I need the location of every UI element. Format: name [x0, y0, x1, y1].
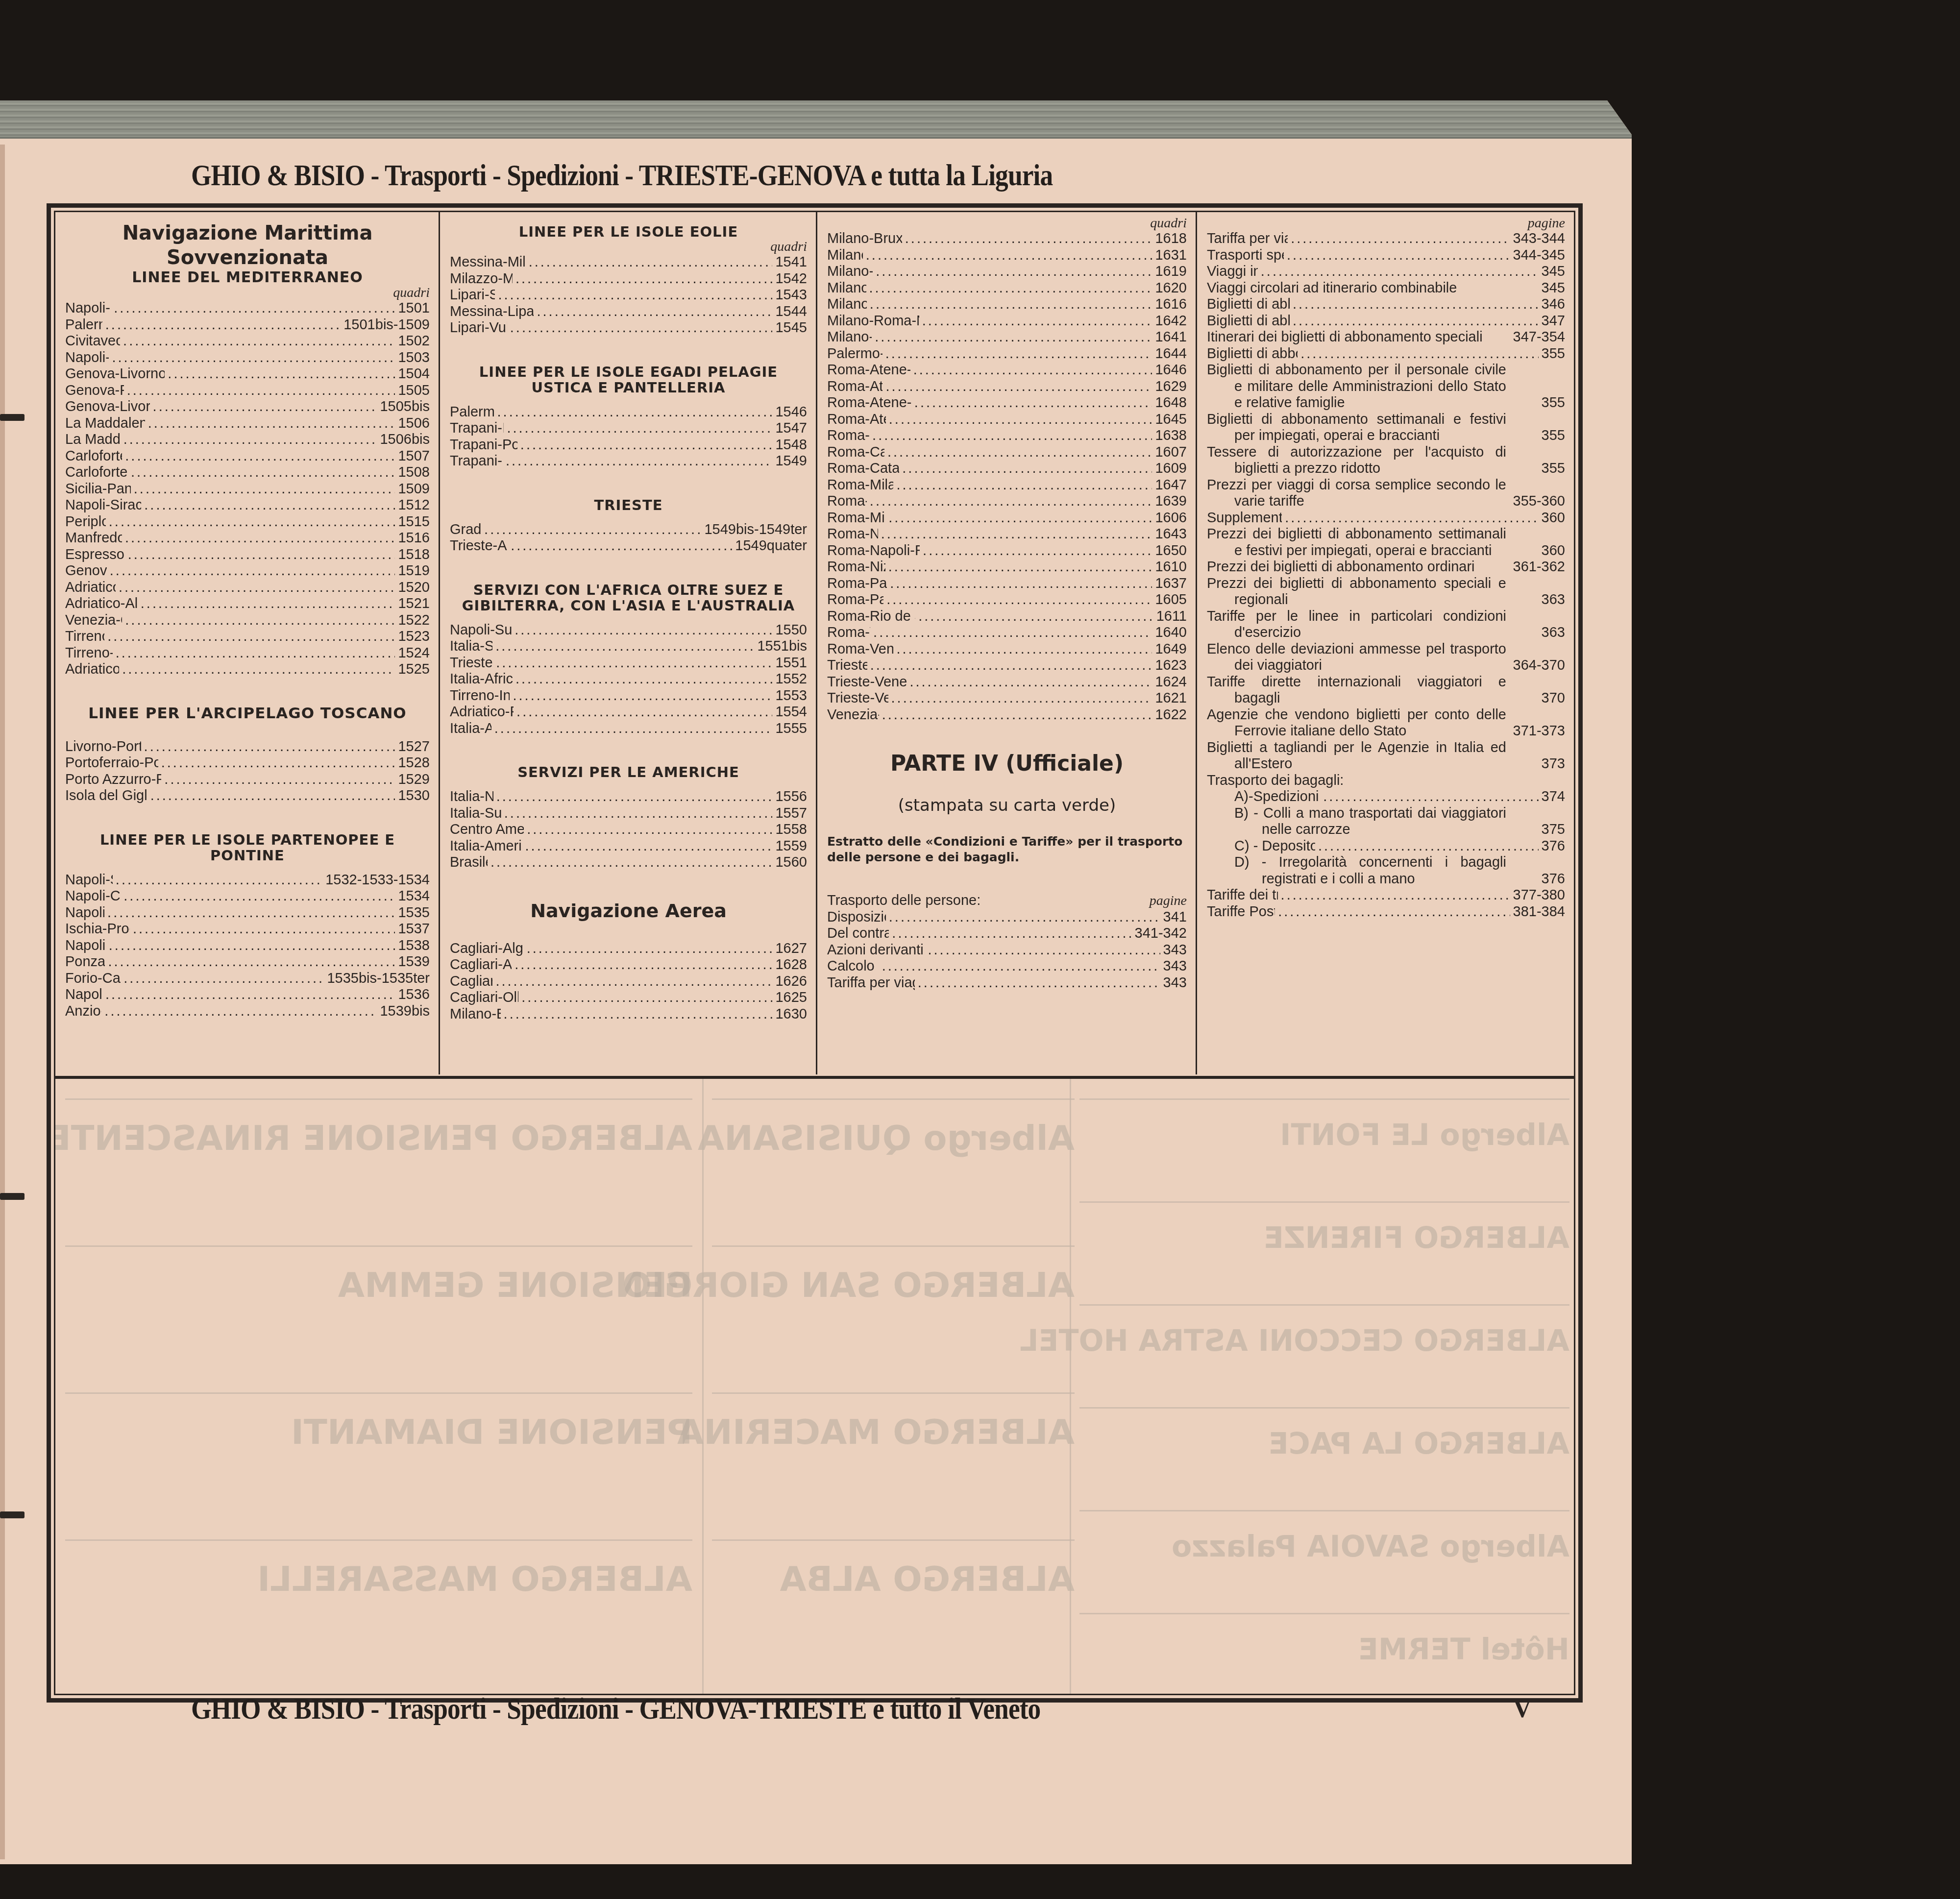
entry-label: Isola del Giglio-Porto S. Stefano	[65, 788, 147, 804]
toc-entry: Itinerari dei biglietti di abbonamento s…	[1207, 329, 1565, 346]
entry-reference: 376	[1542, 871, 1565, 888]
entry-reference: 1551	[775, 655, 807, 672]
entry-reference: 1549	[775, 453, 807, 470]
dot-leader	[928, 942, 1160, 959]
entry-list: Livorno-Portoferraio-Pianosa1527Portofer…	[65, 739, 430, 804]
entry-label: La Maddalena-Palau-Bonifacio	[65, 415, 145, 432]
dot-leader	[870, 657, 1152, 674]
dot-leader	[108, 954, 395, 971]
toc-entry: Prezzi dei biglietti di abbonamento spec…	[1207, 576, 1565, 609]
toc-entry: Carloforte-Portovesme1508	[65, 464, 430, 481]
toc-entry: Adriatico-Istanbul1520	[65, 580, 430, 596]
dot-leader	[161, 755, 395, 772]
dot-leader	[494, 721, 773, 737]
toc-entry: Napoli-Suez-Chisimaio1550	[450, 622, 807, 639]
toc-entry: Palermo-Ustica1546	[450, 404, 807, 421]
section-heading: LINEE PER LE ISOLE EOLIE	[450, 224, 807, 240]
entry-list: A)-Spedizioni trasportate in bagagliaio3…	[1207, 789, 1565, 887]
entry-reference: 1549bis-1549ter	[704, 522, 807, 538]
dot-leader	[891, 690, 1152, 707]
entry-label: Venezia-Budapest	[827, 707, 879, 724]
entry-label: Brasile-Plata	[450, 854, 488, 871]
dot-leader	[1285, 510, 1538, 527]
entry-label: Tariffe dirette internazionali viaggiato…	[1207, 674, 1506, 706]
entry-label: Supplemento per treni rapidi	[1207, 510, 1282, 527]
toc-entry: Civitavecchia-Olbia1502	[65, 333, 430, 350]
entry-reference: 341	[1163, 909, 1187, 926]
entry-reference: 1622	[1155, 707, 1187, 724]
entry-label: Cagliari-Napoli	[450, 974, 492, 990]
entry-reference: 374	[1542, 789, 1565, 805]
entry-label: Tariffa per viaggi di corsa semplice	[827, 975, 915, 992]
entry-reference: 1556	[775, 789, 807, 805]
toc-entry: Tariffe dirette internazionali viaggiato…	[1207, 674, 1565, 707]
toc-entry: Ponza-Gaeta1539	[65, 954, 430, 971]
dot-leader	[498, 287, 772, 304]
page-number: V	[1513, 1695, 1532, 1724]
entry-label: Trapani-Porto Empedocle	[450, 437, 517, 454]
section-heading: LINEE PER LE ISOLE EGADI PELAGIE USTICA …	[450, 364, 807, 395]
toc-entry: Portoferraio-Portovecchio di Piombino152…	[65, 755, 430, 772]
entry-reference: 1646	[1155, 362, 1187, 379]
entry-label: Tirreno-Danubio	[65, 645, 113, 662]
part-subtitle: (stampata su carta verde)	[827, 795, 1187, 816]
entry-reference: 1629	[1155, 379, 1187, 395]
entry-reference: 1616	[1155, 296, 1187, 313]
entry-label: Roma-Atene-Istanbul	[827, 412, 886, 428]
entry-reference: 1516	[398, 530, 430, 547]
dot-leader	[914, 395, 1152, 412]
entry-reference: 1530	[398, 788, 430, 804]
ghost-column-rule	[1070, 1079, 1071, 1694]
entry-reference: 1519	[398, 563, 430, 580]
dot-leader	[110, 563, 395, 580]
entry-label: Milano-Roma	[827, 296, 867, 313]
entry-list: Italia-New York1556Italia-Sud America155…	[450, 789, 807, 871]
entry-label: Roma-Catania-Malta-Tripoli	[827, 461, 899, 477]
entry-label: Milano-Parigi	[827, 280, 866, 297]
toc-entry: Napoli-Ponza1538	[65, 938, 430, 954]
entry-label: Cagliari-Alghero-Roma	[450, 957, 512, 974]
entry-label: Palermo-Ustica	[450, 404, 494, 421]
toc-entry: Trieste-Venezia-Padova-Milano1624	[827, 674, 1187, 691]
entry-label: Viaggi circolari ad itinerario combinabi…	[1207, 280, 1457, 296]
entry-label: Napoli-Suez-Chisimaio	[450, 622, 512, 639]
dot-leader	[495, 638, 754, 655]
entry-reference: 1631	[1155, 247, 1187, 264]
dot-leader	[144, 739, 395, 755]
entry-label: Tirreno-India-Pakistan	[450, 688, 510, 705]
toc-entry: Isola del Giglio-Porto S. Stefano1530	[65, 788, 430, 804]
entry-reference: 1505bis	[380, 399, 430, 415]
toc-entry: Tessere di autorizzazione per l'acquisto…	[1207, 444, 1565, 477]
toc-entry: Roma-Venezia1640	[827, 625, 1187, 641]
entry-label: Roma-Venezia	[827, 625, 870, 641]
toc-entry: Genova-Porto Torres1505	[65, 383, 430, 399]
dot-leader	[123, 971, 324, 987]
toc-entry: Roma-Palermo-Tunisi1637	[827, 576, 1187, 592]
entry-label: Cagliari-Alghero-Pisa-Milano	[450, 941, 524, 957]
ghost-rule	[1079, 1304, 1569, 1306]
ghost-rule	[712, 1245, 1075, 1247]
dot-leader	[1293, 296, 1539, 313]
entry-label: Trapani-Isole Egadi	[450, 420, 504, 437]
entry-reference: 1535bis-1535ter	[327, 971, 430, 987]
entry-label: Manfredonia-Tremiti	[65, 530, 122, 547]
ghost-ad-text: Albergo SAVOIA Palazzo	[1079, 1530, 1569, 1564]
entry-label: Adriatico-Istanbul	[65, 580, 116, 596]
toc-entry: Cagliari-Napoli1626	[450, 974, 807, 990]
dot-leader	[882, 707, 1152, 724]
entry-label: Biglietti di abbonamento per studenti	[1207, 346, 1298, 363]
toc-entry: Genova-Caifa1519	[65, 563, 430, 580]
entry-label: Civitavecchia-Olbia	[65, 333, 120, 350]
entry-label: Carloforte-Portovesme	[65, 464, 128, 481]
dot-leader	[516, 704, 772, 721]
dot-leader	[525, 838, 773, 855]
toc-entry: Lipari-Stromboli1543	[450, 287, 807, 304]
entry-reference: 345	[1542, 280, 1565, 297]
toc-entry: Biglietti di abbonamento per il personal…	[1207, 362, 1565, 412]
toc-entry: Roma-Atene-Alessandria d'Egitto1646	[827, 362, 1187, 379]
dot-leader	[504, 805, 773, 822]
toc-entry: Milano-Nice1631	[827, 247, 1187, 264]
entry-label: Lipari-Vulcano-Celso	[450, 320, 507, 337]
entry-label: Roma-Palermo-Tunisi	[827, 576, 887, 592]
entry-label: Cagliari-Olbia-Pisa-Milano	[450, 990, 518, 1006]
entry-label: Portoferraio-Portovecchio di Piombino	[65, 755, 158, 772]
entry-label: A)-Spedizioni trasportate in bagagliaio	[1234, 789, 1320, 805]
toc-entry: Tariffe per le linee in particolari cond…	[1207, 609, 1565, 641]
dot-leader	[869, 280, 1152, 297]
dot-leader	[116, 872, 322, 889]
dot-leader	[1278, 904, 1510, 921]
toc-entry: Tariffe dei trasporti a bagaglio377-380	[1207, 887, 1565, 904]
column-header: pagine	[1207, 216, 1565, 231]
entry-label: Biglietti di abbonamento settimanali e f…	[1207, 412, 1506, 444]
entry-reference: 343	[1163, 958, 1187, 975]
column-header: quadri	[827, 216, 1187, 231]
toc-entry: Adriatico-Alessandria Soria1521	[65, 596, 430, 612]
dot-leader	[104, 1003, 377, 1020]
dot-leader	[1300, 346, 1538, 363]
entry-reference: 1534	[398, 888, 430, 905]
toc-entry: Roma-Atene-Haifa-Lydda-Tel Aviv1648	[827, 395, 1187, 412]
entry-reference: 1535	[398, 905, 430, 922]
entry-label: Adriatico-Mar Nero	[65, 661, 119, 678]
entry-reference: 343-344	[1513, 231, 1565, 247]
toc-entry: Periplo Italico1515	[65, 514, 430, 531]
entry-reference: 1541	[775, 254, 807, 271]
toc-entry: Manfredonia-Tremiti1516	[65, 530, 430, 547]
entry-reference: 341-342	[1135, 925, 1187, 942]
entry-label: Tariffe per le linee in particolari cond…	[1207, 609, 1506, 641]
entry-reference: 355	[1542, 395, 1565, 412]
entry-label: Roma-Milano-Londra	[827, 510, 885, 527]
staple	[0, 1511, 24, 1518]
dot-leader	[922, 313, 1152, 330]
toc-entry: Roma-Nizza-Ginevra1610	[827, 559, 1187, 576]
dot-leader	[511, 538, 732, 555]
entry-reference: 1649	[1155, 641, 1187, 658]
entry-label: Trieste-Ancona-Ravenna	[450, 538, 508, 555]
toc-entry: Cagliari-Alghero-Roma1628	[450, 957, 807, 974]
entry-reference: 361-362	[1513, 559, 1565, 576]
column-1: Navigazione Marittima Sovvenzionata LINE…	[55, 212, 440, 1074]
entry-label: Porto Azzurro-Portovecchio di Piombino	[65, 772, 161, 788]
entry-label: Roma-Nizza-Ginevra	[827, 559, 885, 576]
entry-reference: 1650	[1155, 543, 1187, 560]
binding-edge	[0, 145, 5, 1859]
entry-reference: 1610	[1155, 559, 1187, 576]
subsection-heading: Trasporto delle persone: pagine	[827, 893, 1187, 909]
dot-leader	[141, 596, 395, 612]
entry-reference: 1559	[775, 838, 807, 855]
dot-leader	[168, 366, 395, 383]
ghost-ad-text: Albergo LE FONTI	[1079, 1118, 1569, 1152]
entry-reference: 1624	[1155, 674, 1187, 691]
dot-leader	[504, 1006, 773, 1023]
dot-leader	[114, 300, 395, 317]
entry-reference: 1619	[1155, 264, 1187, 280]
entry-reference: 345	[1542, 264, 1565, 280]
dot-leader	[127, 383, 395, 399]
toc-entry: Genova-Livorno-Cagliari-Trapani-Palermo1…	[65, 366, 430, 383]
entry-label: Napoli-Ponza	[65, 938, 106, 954]
dot-leader	[496, 655, 772, 672]
dot-leader	[515, 271, 773, 288]
dot-leader	[1293, 313, 1539, 330]
entry-label: Milazzo-Malfa o Rinella	[450, 271, 513, 288]
entry-label: Prezzi per viaggi di corsa semplice seco…	[1207, 477, 1506, 510]
entry-label: Roma-Atene-Alessandria d'Egitto	[827, 362, 910, 379]
entry-reference: 1508	[398, 464, 430, 481]
entry-reference: 1549quater	[735, 538, 807, 555]
entry-reference: 1520	[398, 580, 430, 596]
dot-leader	[128, 547, 395, 563]
entry-label: Carloforte-Calasetta	[65, 448, 122, 465]
entry-label: Forio-Casamicciola-Napoli	[65, 971, 121, 987]
entry-reference: 1621	[1155, 690, 1187, 707]
dot-leader	[885, 379, 1152, 395]
toc-entry: Grado-Trieste1549bis-1549ter	[450, 522, 807, 538]
entry-reference: 1609	[1155, 461, 1187, 477]
entry-reference: 1639	[1155, 493, 1187, 510]
entry-reference: 1554	[775, 704, 807, 721]
entry-reference: 373	[1542, 756, 1565, 773]
entry-label: Adriatico-Pakistan-India	[450, 704, 514, 721]
entry-label: Milano-Barcellona	[450, 1006, 501, 1023]
staple	[0, 414, 24, 421]
toc-entry: Calcolo dei prezzi343	[827, 958, 1187, 975]
dot-leader	[514, 957, 772, 974]
entry-list: Cagliari-Alghero-Pisa-Milano1627Cagliari…	[450, 941, 807, 1023]
dot-leader	[515, 671, 773, 688]
entry-reference: 1627	[775, 941, 807, 957]
column-header: quadri	[450, 240, 807, 254]
dot-leader	[510, 320, 773, 337]
ghost-rule	[712, 1539, 1075, 1541]
dot-leader	[913, 362, 1152, 379]
entry-reference: 1618	[1155, 231, 1187, 247]
entry-list: Napoli-Sorrento-Capri1532-1533-1534Napol…	[65, 872, 430, 1020]
toc-entry: Tariffa per viaggi di andata e ritorno34…	[1207, 231, 1565, 247]
toc-entry: Roma-Atene-Beyrut1629	[827, 379, 1187, 395]
toc-entry: Milano-Barcellona1630	[450, 1006, 807, 1023]
entry-label: Lipari-Stromboli	[450, 287, 495, 304]
entry-list: Milano-Bruxelles-Amsterdam1618Milano-Nic…	[827, 231, 1187, 723]
dot-leader	[153, 399, 377, 415]
ghost-ad-text: ALBERGO SAN GIORGIO	[712, 1265, 1075, 1305]
entry-label: B) - Colli a mano trasportati dai viaggi…	[1234, 805, 1506, 838]
toc-entry: Napoli-Ischia1535	[65, 905, 430, 922]
entry-label: Napoli-Forio	[65, 987, 102, 1003]
dot-leader	[896, 641, 1152, 658]
entry-label: Tariffe Postali e Telegrafiche	[1207, 904, 1275, 921]
toc-entry: Milano-Roma1616	[827, 296, 1187, 313]
entry-reference: 1620	[1155, 280, 1187, 297]
entry-label: Biglietti di abbonamento speciali	[1207, 313, 1290, 330]
entry-reference: 1630	[775, 1006, 807, 1023]
toc-entry: Italia-Sud Africa1551bis	[450, 638, 807, 655]
dot-leader	[116, 645, 395, 662]
section-heading: SERVIZI PER LE AMERICHE	[450, 764, 807, 780]
toc-entry: Trapani-Porto Empedocle1548	[450, 437, 807, 454]
ghost-ad-text: PENSIONE GEMMA	[65, 1265, 692, 1305]
entry-list: Disposizioni generali341Del contratto di…	[827, 909, 1187, 992]
dot-leader	[521, 990, 772, 1006]
dot-leader	[107, 905, 395, 922]
entry-reference: 1504	[398, 366, 430, 383]
toc-entry: Napoli-Capri-Amalfi1534	[65, 888, 430, 905]
dot-leader	[150, 788, 395, 804]
entry-label: Roma-Cairo-Asmara	[827, 444, 884, 461]
entry-label: Grado-Trieste	[450, 522, 481, 538]
entry-reference: 1623	[1155, 657, 1187, 674]
dot-leader	[507, 420, 772, 437]
entry-list: Napoli-Suez-Chisimaio1550Italia-Sud Afri…	[450, 622, 807, 737]
toc-entry: Roma-Parigi-Londra1605	[827, 592, 1187, 609]
entry-label: Genova-Porto Torres	[65, 383, 124, 399]
entry-reference: 1532-1533-1534	[325, 872, 430, 889]
dot-leader	[122, 661, 395, 678]
dot-leader	[107, 629, 395, 645]
entry-reference: 1640	[1155, 625, 1187, 641]
entry-reference: 1544	[775, 304, 807, 320]
entry-label: Genova-Livorno-Cagliari-Trapani-Palermo	[65, 366, 165, 383]
entry-reference: 1553	[775, 688, 807, 705]
entry-list: Grado-Trieste1549bis-1549terTrieste-Anco…	[450, 522, 807, 555]
entry-label: Adriatico-Alessandria Soria	[65, 596, 138, 612]
entry-reference: 1509	[398, 481, 430, 498]
toc-entry: Ischia-Procida-Pozzuoli1537	[65, 921, 430, 938]
dot-leader	[125, 448, 395, 465]
entry-label: Biglietti di abbonamento per il personal…	[1207, 362, 1506, 411]
entry-label: Agenzie che vendono biglietti per conto …	[1207, 707, 1506, 739]
toc-entry: Lipari-Vulcano-Celso1545	[450, 320, 807, 337]
entry-reference: 343	[1163, 975, 1187, 992]
entry-label: Trapani-Pantelleria	[450, 453, 503, 470]
entry-reference: 355	[1542, 346, 1565, 363]
toc-entry: Tirreno-Danubio1524	[65, 645, 430, 662]
entry-label: Napoli-Ischia	[65, 905, 104, 922]
dot-leader	[873, 625, 1152, 641]
dot-leader	[123, 432, 377, 448]
subsection-heading: Trasporto dei bagagli:	[1207, 773, 1565, 789]
entry-label: Trieste-Durban	[450, 655, 493, 672]
dot-leader	[902, 461, 1152, 477]
ghost-ad-text: ALBERGO ALBA	[712, 1559, 1075, 1599]
dot-leader	[164, 772, 395, 788]
entry-reference: 344-345	[1513, 247, 1565, 264]
entry-label: Azioni derivanti dal contratto di traspo…	[827, 942, 925, 959]
entry-label: Milano-Venezia	[827, 329, 872, 346]
toc-entry: Palermo-Tunisi1501bis-1509	[65, 317, 430, 334]
dot-leader	[506, 453, 772, 470]
toc-entry: Adriatico-Mar Nero1525	[65, 661, 430, 678]
toc-entry: Trapani-Isole Egadi1547	[450, 420, 807, 437]
dot-leader	[923, 543, 1152, 560]
toc-entry: Roma-Catania-Malta-Tripoli1609	[827, 461, 1187, 477]
ghost-rule	[712, 1392, 1075, 1394]
dot-leader	[133, 921, 395, 938]
dot-leader	[109, 938, 395, 954]
entry-reference: 364-370	[1513, 657, 1565, 674]
toc-entry: Del contratto di trasporto341-342	[827, 925, 1187, 942]
entry-reference: 1628	[775, 957, 807, 974]
dot-leader	[918, 975, 1160, 992]
entry-reference: 1522	[398, 612, 430, 629]
dot-leader	[495, 974, 772, 990]
toc-entry: Milano-Roma-Napoli-Palermo-Catania1642	[827, 313, 1187, 330]
ghost-rule	[65, 1098, 692, 1100]
dot-leader	[112, 350, 395, 366]
section-title: Navigazione Aerea	[450, 899, 807, 923]
entry-label: Italia-America Nord-Pacifico	[450, 838, 522, 855]
entry-reference: 1641	[1155, 329, 1187, 346]
toc-entry: Supplemento per treni rapidi360	[1207, 510, 1565, 527]
entry-reference: 1536	[398, 987, 430, 1003]
entry-reference: 1647	[1155, 477, 1187, 494]
entry-label: Livorno-Portoferraio-Pianosa	[65, 739, 141, 755]
entry-reference: 1625	[775, 990, 807, 1006]
dot-leader	[109, 514, 395, 531]
entry-reference: 1506bis	[380, 432, 430, 448]
dot-leader	[125, 612, 395, 629]
entry-reference: 355	[1542, 428, 1565, 444]
entry-reference: 1643	[1155, 526, 1187, 543]
dot-leader	[918, 609, 1153, 625]
entry-label: Ponza-Gaeta	[65, 954, 105, 971]
toc-entry: Napoli-Forio1536	[65, 987, 430, 1003]
entry-label: Trieste-Venezia-Padova-Milano	[827, 674, 906, 691]
entry-reference: 1551bis	[757, 638, 807, 655]
column-2: LINEE PER LE ISOLE EOLIE quadri Messina-…	[440, 212, 817, 1074]
table-of-contents: Navigazione Marittima Sovvenzionata LINE…	[55, 212, 1574, 1074]
ghost-rule	[65, 1245, 692, 1247]
entry-label: Italia-Sud America	[450, 805, 501, 822]
section-title: Sovvenzionata	[65, 245, 430, 270]
entry-label: Trieste-Roma	[827, 657, 867, 674]
section-heading: LINEE PER LE ISOLE PARTENOPEE E PONTINE	[65, 832, 430, 863]
ghost-rule	[712, 1098, 1075, 1100]
entry-reference: 1506	[398, 415, 430, 432]
entry-label: Roma-Parigi-Londra	[827, 592, 883, 609]
toc-entry: Biglietti a tagliandi per le Agenzie in …	[1207, 740, 1565, 773]
entry-reference: 1518	[398, 547, 430, 563]
toc-entry: Roma-Cagliari1638	[827, 428, 1187, 444]
entry-label: Napoli-Palermo	[65, 300, 111, 317]
